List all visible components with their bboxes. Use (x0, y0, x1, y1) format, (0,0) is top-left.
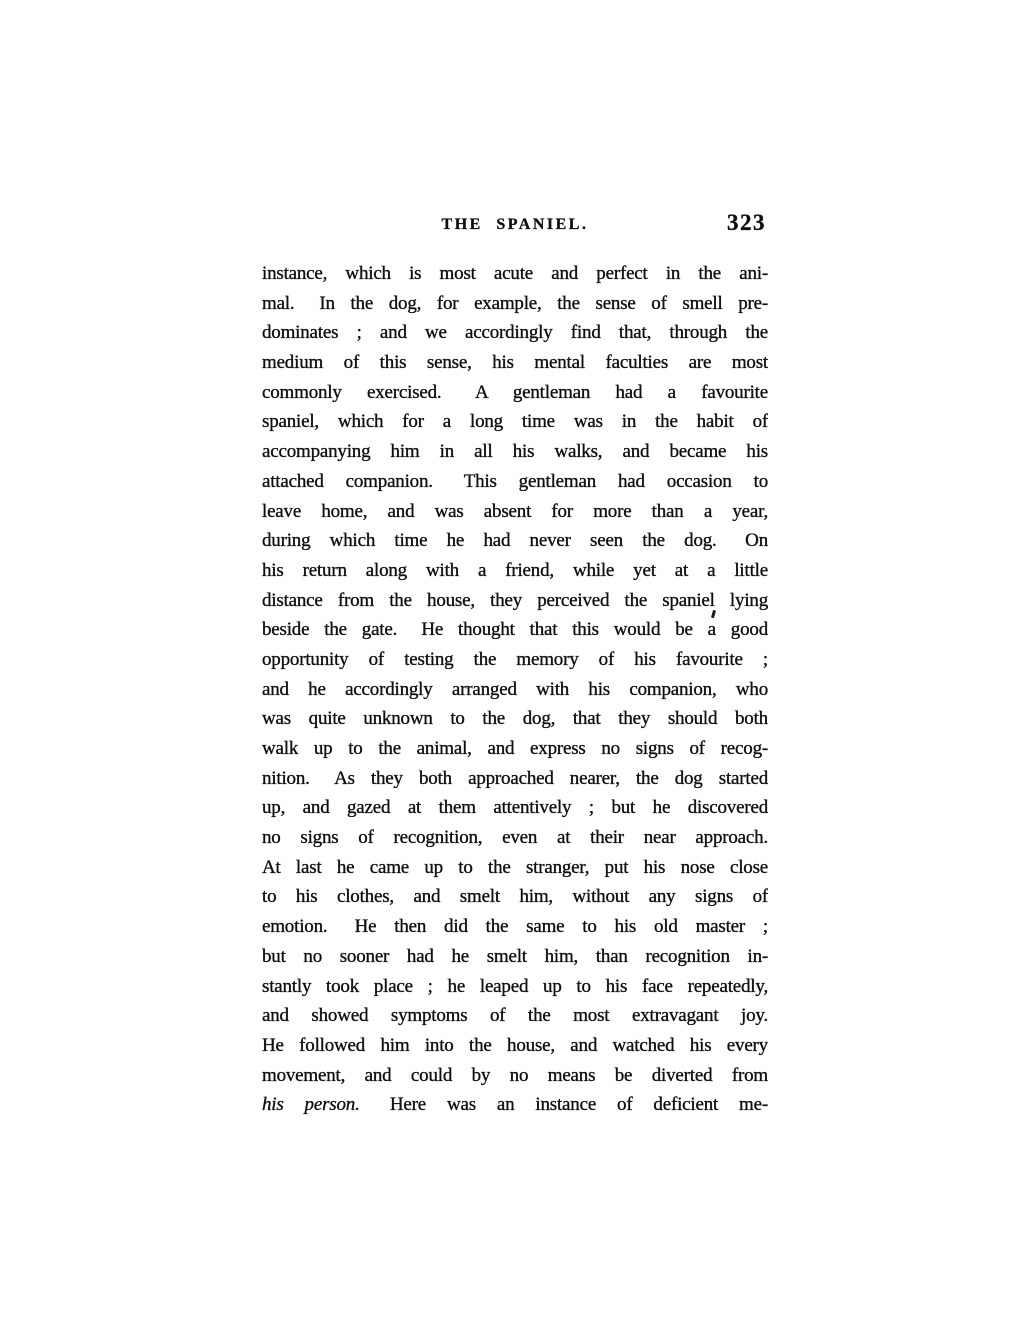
text-line: attached companion. This gentleman had o… (262, 467, 768, 497)
text-segment: up, and gazed at them attentively ; but … (262, 797, 768, 818)
text-line: up, and gazed at them attentively ; but … (262, 793, 768, 823)
text-segment: attached companion. This gentleman had o… (262, 471, 768, 492)
text-line: movement, and could by no means be diver… (262, 1061, 768, 1091)
text-segment: At last he came up to the stranger, put … (262, 857, 768, 878)
text-segment: and showed symptoms of the most extravag… (262, 1005, 768, 1026)
text-segment: but no sooner had he smelt him, than rec… (262, 946, 768, 967)
page-number: 323 (727, 210, 766, 236)
italic-text-segment: his person. (262, 1094, 360, 1115)
text-line: He followed him into the house, and watc… (262, 1031, 768, 1061)
text-segment: Here was an instance of deficient me- (360, 1094, 768, 1115)
text-line: emotion. He then did the same to his old… (262, 912, 768, 942)
text-segment: distance from the house, they perceived … (262, 590, 768, 611)
text-line: to his clothes, and smelt him, without a… (262, 882, 768, 912)
text-segment: dominates ; and we accordingly find that… (262, 322, 768, 343)
text-line: stantly took place ; he leaped up to his… (262, 972, 768, 1002)
text-segment: leave home, and was absent for more than… (262, 501, 768, 522)
text-line: mal. In the dog, for example, the sense … (262, 289, 768, 319)
book-page-scan: THE SPANIEL. 323 instance, which is most… (0, 0, 1033, 1339)
text-segment: movement, and could by no means be diver… (262, 1065, 768, 1086)
text-segment: and he accordingly arranged with his com… (262, 679, 768, 700)
text-line: his return along with a friend, while ye… (262, 556, 768, 586)
text-segment: He followed him into the house, and watc… (262, 1035, 768, 1056)
text-segment: during which time he had never seen the … (262, 530, 768, 551)
text-segment: instance, which is most acute and perfec… (262, 263, 768, 284)
text-segment: no signs of recognition, even at their n… (262, 827, 768, 848)
text-segment: accompanying him in all his walks, and b… (262, 441, 768, 462)
text-line: distance from the house, they perceived … (262, 586, 768, 616)
text-line: medium of this sense, his mental faculti… (262, 348, 768, 378)
text-segment: opportunity of testing the memory of his… (262, 649, 768, 670)
body-text: instance, which is most acute and perfec… (262, 259, 768, 1120)
text-line: his person. Here was an instance of defi… (262, 1090, 768, 1120)
text-segment: mal. In the dog, for example, the sense … (262, 293, 768, 314)
text-line: was quite unknown to the dog, that they … (262, 704, 768, 734)
text-segment: commonly exercised. A gentleman had a fa… (262, 382, 768, 403)
text-segment: stantly took place ; he leaped up to his… (262, 976, 768, 997)
text-segment: was quite unknown to the dog, that they … (262, 708, 768, 729)
text-segment: walk up to the animal, and express no si… (262, 738, 768, 759)
text-line: and showed symptoms of the most extravag… (262, 1001, 768, 1031)
text-line: leave home, and was absent for more than… (262, 497, 768, 527)
text-line: and he accordingly arranged with his com… (262, 675, 768, 705)
text-segment: medium of this sense, his mental faculti… (262, 352, 768, 373)
text-line: beside the gate. He thought that this wo… (262, 615, 768, 645)
text-line: during which time he had never seen the … (262, 526, 768, 556)
text-line: dominates ; and we accordingly find that… (262, 318, 768, 348)
text-line: At last he came up to the stranger, put … (262, 853, 768, 883)
text-segment: emotion. He then did the same to his old… (262, 916, 768, 937)
text-segment: his return along with a friend, while ye… (262, 560, 768, 581)
text-segment: to his clothes, and smelt him, without a… (262, 886, 768, 907)
text-line: nition. As they both approached nearer, … (262, 764, 768, 794)
text-segment: beside the gate. He thought that this wo… (262, 619, 768, 640)
text-line: walk up to the animal, and express no si… (262, 734, 768, 764)
running-head-title: THE SPANIEL. (442, 216, 589, 234)
text-line: commonly exercised. A gentleman had a fa… (262, 378, 768, 408)
text-line: spaniel, which for a long time was in th… (262, 407, 768, 437)
text-line: instance, which is most acute and perfec… (262, 259, 768, 289)
text-line: opportunity of testing the memory of his… (262, 645, 768, 675)
text-line: no signs of recognition, even at their n… (262, 823, 768, 853)
text-line: but no sooner had he smelt him, than rec… (262, 942, 768, 972)
text-segment: spaniel, which for a long time was in th… (262, 411, 768, 432)
text-line: accompanying him in all his walks, and b… (262, 437, 768, 467)
running-head: THE SPANIEL. 323 (262, 210, 768, 238)
text-segment: nition. As they both approached nearer, … (262, 768, 768, 789)
